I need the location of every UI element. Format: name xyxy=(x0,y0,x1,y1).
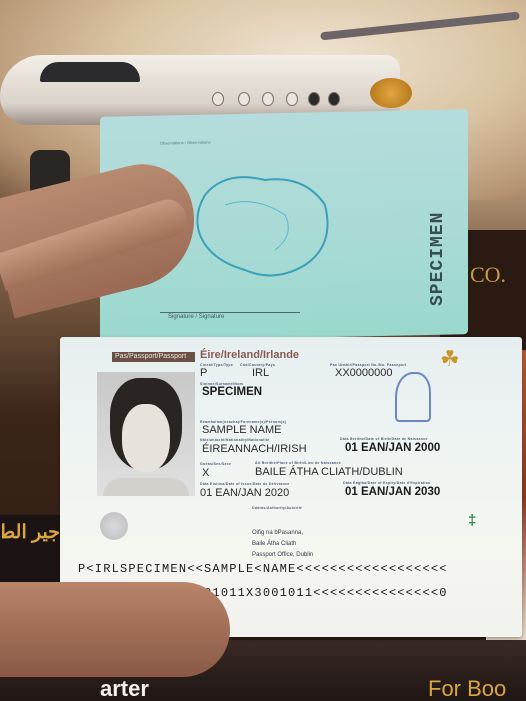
dob-label: Dáta Breithe/Date of Birth/Date de Naiss… xyxy=(340,437,428,441)
authority-line: Passport Office, Dublin xyxy=(252,550,313,561)
type-value: P xyxy=(200,367,207,379)
authority-label: Údarás/Authority/Autorité xyxy=(252,506,302,510)
mrz-line-1: P<IRLSPECIMEN<<SAMPLE<NAME<<<<<<<<<<<<<<… xyxy=(78,562,448,576)
jet-window xyxy=(238,92,250,106)
expiry-date-value: 01 EAN/JAN 2030 xyxy=(345,486,440,498)
sex-label: Gnéas/Sex/Sexe xyxy=(200,462,231,466)
advert-text-charter: arter xyxy=(100,676,149,701)
ireland-emblem-icon: ☘ xyxy=(440,346,460,372)
signature-label: Signature / Signature xyxy=(168,314,224,320)
jet-window xyxy=(286,92,298,106)
nationality-value: ÉIREANNACH/IRISH xyxy=(202,443,307,455)
hand-thumb xyxy=(0,582,230,677)
jet-engine xyxy=(370,78,412,108)
sex-value: X xyxy=(202,467,209,479)
hologram-seal-icon xyxy=(100,512,128,540)
passport-header-tag: Pas/Passport/Passport xyxy=(112,352,195,362)
authority-line: Baile Átha Cliath xyxy=(252,539,313,550)
issue-date-value: 01 EAN/JAN 2020 xyxy=(200,487,289,499)
jet-window xyxy=(212,92,224,106)
jet-window xyxy=(308,92,320,106)
authority-value: Oifig na bPasanna, Baile Átha Cliath Pas… xyxy=(252,528,313,561)
photo-face xyxy=(122,404,170,472)
jet-window xyxy=(328,92,340,106)
dob-value: 01 EAN/JAN 2000 xyxy=(345,442,440,454)
passport-no-value: XX0000000 xyxy=(335,367,393,379)
ireland-map-icon xyxy=(185,165,345,285)
security-cross-icon: ‡ xyxy=(468,512,476,529)
given-names-value: SAMPLE NAME xyxy=(202,424,281,436)
arabic-advert-text: جير الط قل الد xyxy=(2,520,60,546)
signature-line xyxy=(160,312,300,313)
jet-window xyxy=(262,92,274,106)
pob-label: Áit Breithe/Place of Birth/Lieu de Naiss… xyxy=(255,461,341,465)
surname-value: SPECIMEN xyxy=(202,386,262,398)
code-value: IRL xyxy=(252,367,269,379)
pob-value: BAILE ÁTHA CLIATH/DUBLIN xyxy=(255,466,403,478)
country-title: Éire/Ireland/Irlande xyxy=(200,349,299,361)
issue-date-label: Dáta Eisiúna/Date of Issue/Date de Déliv… xyxy=(200,482,290,486)
advert-text-for-booking: For Boo xyxy=(428,676,506,701)
nationality-label: Náisiúntacht/Nationality/Nationalité xyxy=(200,438,270,442)
advert-text-co: CO. xyxy=(470,262,506,288)
perforated-passport-number: SPECIMEN xyxy=(430,138,452,306)
observations-text: Observations / Observations xyxy=(160,135,430,146)
authority-line: Oifig na bPasanna, xyxy=(252,528,313,539)
jet-cockpit xyxy=(40,62,140,82)
harp-icon xyxy=(395,372,431,422)
expiry-date-label: Dáta Éagtha/Date of Expiry/Date d'Expira… xyxy=(343,481,431,485)
photo-shoulders xyxy=(103,478,189,496)
